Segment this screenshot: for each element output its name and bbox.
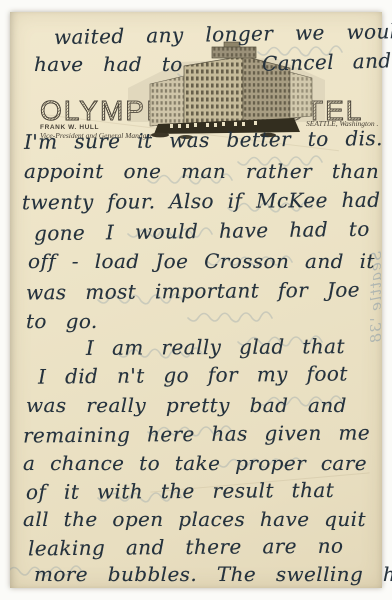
handwriting-line-11: I did n't go for my foot (38, 361, 348, 388)
scan-background: { "document": { "kind": "handwritten let… (0, 0, 392, 600)
handwriting-line-14: a chance to take proper care (23, 451, 367, 475)
handwriting-line-16: all the open places have quit (23, 507, 366, 531)
handwriting-line-7: off - load Joe Crosson and it (28, 249, 375, 273)
handwriting-line-8: was most important for Joe (26, 278, 360, 305)
handwriting-line-17: leaking and there are no (28, 534, 344, 561)
handwriting-line-2-right: Cancel and (262, 48, 392, 75)
handwriting-line-15: of it with the result that (26, 478, 334, 504)
handwriting-line-10: I am really glad that (86, 334, 345, 360)
handwriting-line-2-left: have had to (34, 52, 183, 76)
letter-paper: Seattle '38 OLYMPIC HOTEL (10, 12, 382, 588)
handwriting-line-9: to go. (26, 309, 98, 333)
handwriting-line-4: appoint one man rather than (24, 159, 379, 183)
handwriting-line-3: I'm sure it was better to dis. (24, 126, 383, 154)
handwriting-line-18: more bubbles. The swelling has (34, 562, 392, 586)
handwriting-line-5: twenty four. Also if McKee had (22, 188, 381, 215)
handwriting-line-13: remaining here has given me (23, 420, 370, 447)
handwriting-line-12: was really pretty bad and (26, 393, 347, 417)
handwriting-line-6: gone I would have had to (34, 217, 370, 246)
